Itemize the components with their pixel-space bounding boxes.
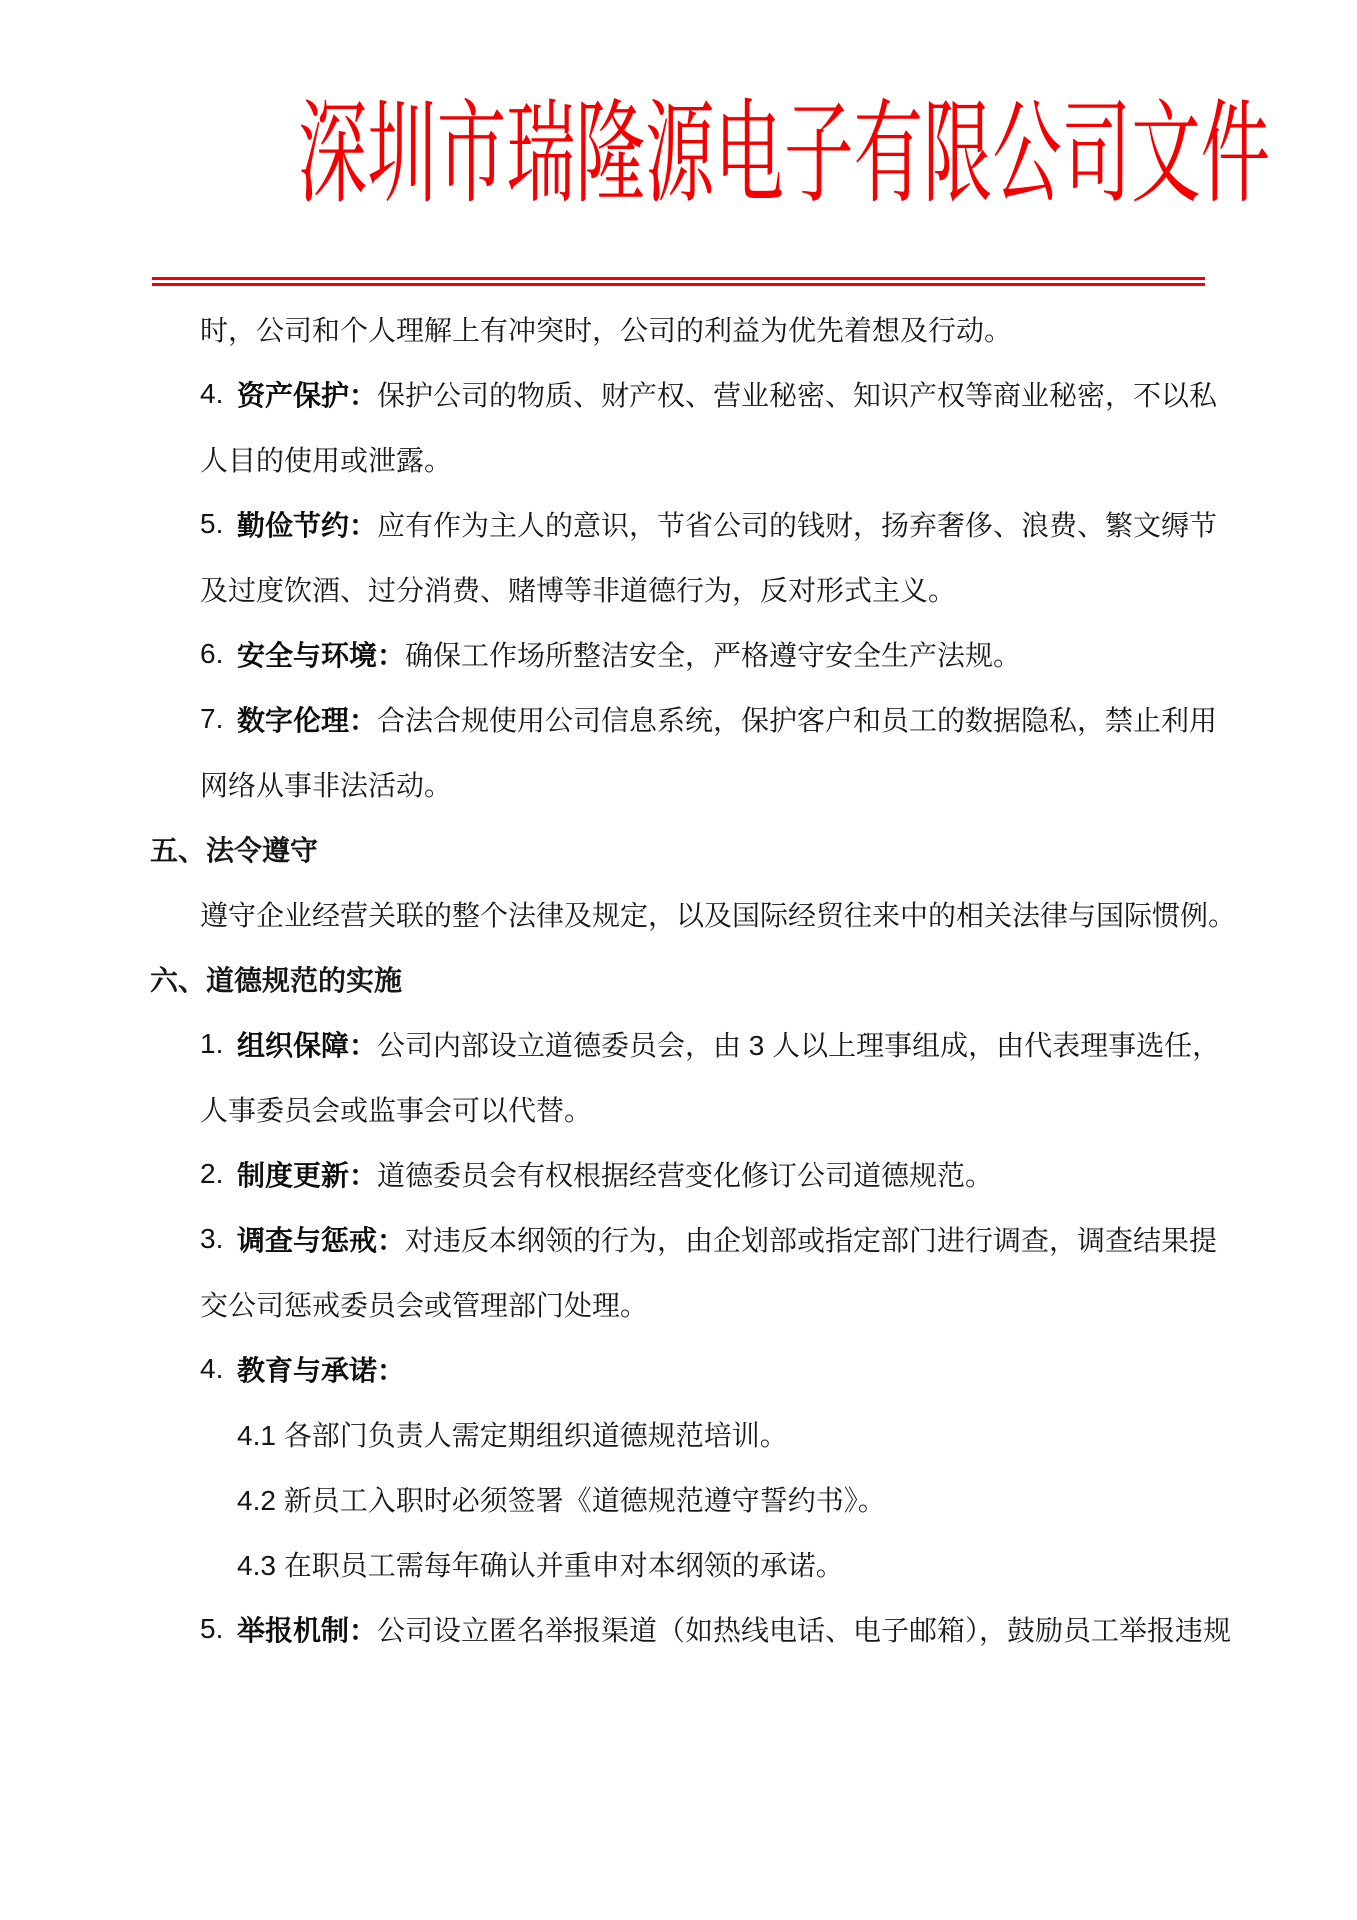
line-item: 6.安全与环境：确保工作场所整洁安全，严格遵守安全生产法规。 (150, 621, 1267, 686)
line-text: 4.3 在职员工需每年确认并重申对本纲领的承诺。 (237, 1544, 844, 1584)
item-number: 5. (200, 508, 237, 540)
line-text: 对违反本纲领的行为，由企划部或指定部门进行调查，调查结果提 (405, 1219, 1217, 1259)
item-label: 安全与环境： (237, 634, 405, 674)
line-item: 4.资产保护：保护公司的物质、财产权、营业秘密、知识产权等商业秘密，不以私 (150, 361, 1267, 426)
line-text: 保护公司的物质、财产权、营业秘密、知识产权等商业秘密，不以私 (377, 374, 1217, 414)
line-text: 道德委员会有权根据经营变化修订公司道德规范。 (377, 1154, 993, 1194)
item-label: 举报机制： (237, 1609, 377, 1649)
line-item: 3.调查与惩戒：对违反本纲领的行为，由企划部或指定部门进行调查，调查结果提 (150, 1206, 1267, 1271)
line-sub: 4.1 各部门负责人需定期组织道德规范培训。 (150, 1401, 1267, 1466)
red-header-divider (152, 277, 1205, 286)
line-text: 应有作为主人的意识，节省公司的钱财，扬弃奢侈、浪费、繁文缛节 (377, 504, 1217, 544)
line-item: 5.举报机制：公司设立匿名举报渠道（如热线电话、电子邮箱），鼓励员工举报违规 (150, 1596, 1267, 1661)
item-label: 数字伦理： (237, 699, 377, 739)
line-text: 4.1 各部门负责人需定期组织道德规范培训。 (237, 1414, 788, 1454)
line-item: 4.教育与承诺： (150, 1336, 1267, 1401)
item-label: 资产保护： (237, 374, 377, 414)
item-number: 2. (200, 1158, 237, 1190)
line-text: 遵守企业经营关联的整个法律及规定，以及国际经贸往来中的相关法律与国际惯例。 (200, 894, 1236, 934)
item-number: 1. (200, 1028, 237, 1060)
line-text: 公司设立匿名举报渠道（如热线电话、电子邮箱），鼓励员工举报违规 (377, 1609, 1231, 1649)
document-content: 时，公司和个人理解上有冲突时，公司的利益为优先着想及行动。4.资产保护：保护公司… (150, 286, 1267, 1661)
line-text: 人事委员会或监事会可以代替。 (200, 1089, 592, 1129)
line-sub: 4.2 新员工入职时必须签署《道德规范遵守誓约书》。 (150, 1466, 1267, 1531)
line-text: 网络从事非法活动。 (200, 764, 452, 804)
line-heading: 六、道德规范的实施 (150, 946, 1267, 1011)
line-heading: 五、法令遵守 (150, 816, 1267, 881)
line-body: 网络从事非法活动。 (150, 751, 1267, 816)
line-text: 确保工作场所整洁安全，严格遵守安全生产法规。 (405, 634, 1021, 674)
line-body: 交公司惩戒委员会或管理部门处理。 (150, 1271, 1267, 1336)
item-label: 组织保障： (237, 1024, 377, 1064)
document-header: 深圳市瑞隆源电子有限公司文件 (0, 0, 1357, 286)
line-item: 7.数字伦理：合法合规使用公司信息系统，保护客户和员工的数据隐私，禁止利用 (150, 686, 1267, 751)
item-label: 调查与惩戒： (237, 1219, 405, 1259)
line-text: 六、道德规范的实施 (150, 959, 402, 999)
line-item: 2.制度更新：道德委员会有权根据经营变化修订公司道德规范。 (150, 1141, 1267, 1206)
document-page: 深圳市瑞隆源电子有限公司文件 时，公司和个人理解上有冲突时，公司的利益为优先着想… (0, 0, 1357, 1920)
line-body: 人事委员会或监事会可以代替。 (150, 1076, 1267, 1141)
item-label: 制度更新： (237, 1154, 377, 1194)
line-text: 交公司惩戒委员会或管理部门处理。 (200, 1284, 648, 1324)
item-number: 5. (200, 1613, 237, 1645)
line-body: 遵守企业经营关联的整个法律及规定，以及国际经贸往来中的相关法律与国际惯例。 (150, 881, 1267, 946)
line-body: 及过度饮酒、过分消费、赌博等非道德行为，反对形式主义。 (150, 556, 1267, 621)
item-number: 3. (200, 1223, 237, 1255)
line-body: 时，公司和个人理解上有冲突时，公司的利益为优先着想及行动。 (150, 296, 1267, 361)
item-label: 勤俭节约： (237, 504, 377, 544)
item-label: 教育与承诺： (237, 1349, 405, 1389)
line-text: 五、法令遵守 (150, 829, 318, 869)
line-text: 人目的使用或泄露。 (200, 439, 452, 479)
item-number: 4. (200, 378, 237, 410)
line-text: 时，公司和个人理解上有冲突时，公司的利益为优先着想及行动。 (200, 309, 1012, 349)
line-text: 4.2 新员工入职时必须签署《道德规范遵守誓约书》。 (237, 1479, 886, 1519)
company-document-title: 深圳市瑞隆源电子有限公司文件 (298, 80, 1270, 231)
line-text: 及过度饮酒、过分消费、赌博等非道德行为，反对形式主义。 (200, 569, 956, 609)
line-item: 1.组织保障：公司内部设立道德委员会，由 3 人以上理事组成，由代表理事选任， (150, 1011, 1267, 1076)
line-body: 人目的使用或泄露。 (150, 426, 1267, 491)
item-number: 7. (200, 703, 237, 735)
item-number: 6. (200, 638, 237, 670)
line-item: 5.勤俭节约：应有作为主人的意识，节省公司的钱财，扬弃奢侈、浪费、繁文缛节 (150, 491, 1267, 556)
line-text: 合法合规使用公司信息系统，保护客户和员工的数据隐私，禁止利用 (377, 699, 1217, 739)
line-text: 公司内部设立道德委员会，由 3 人以上理事组成，由代表理事选任， (377, 1024, 1220, 1064)
line-sub: 4.3 在职员工需每年确认并重申对本纲领的承诺。 (150, 1531, 1267, 1596)
item-number: 4. (200, 1353, 237, 1385)
